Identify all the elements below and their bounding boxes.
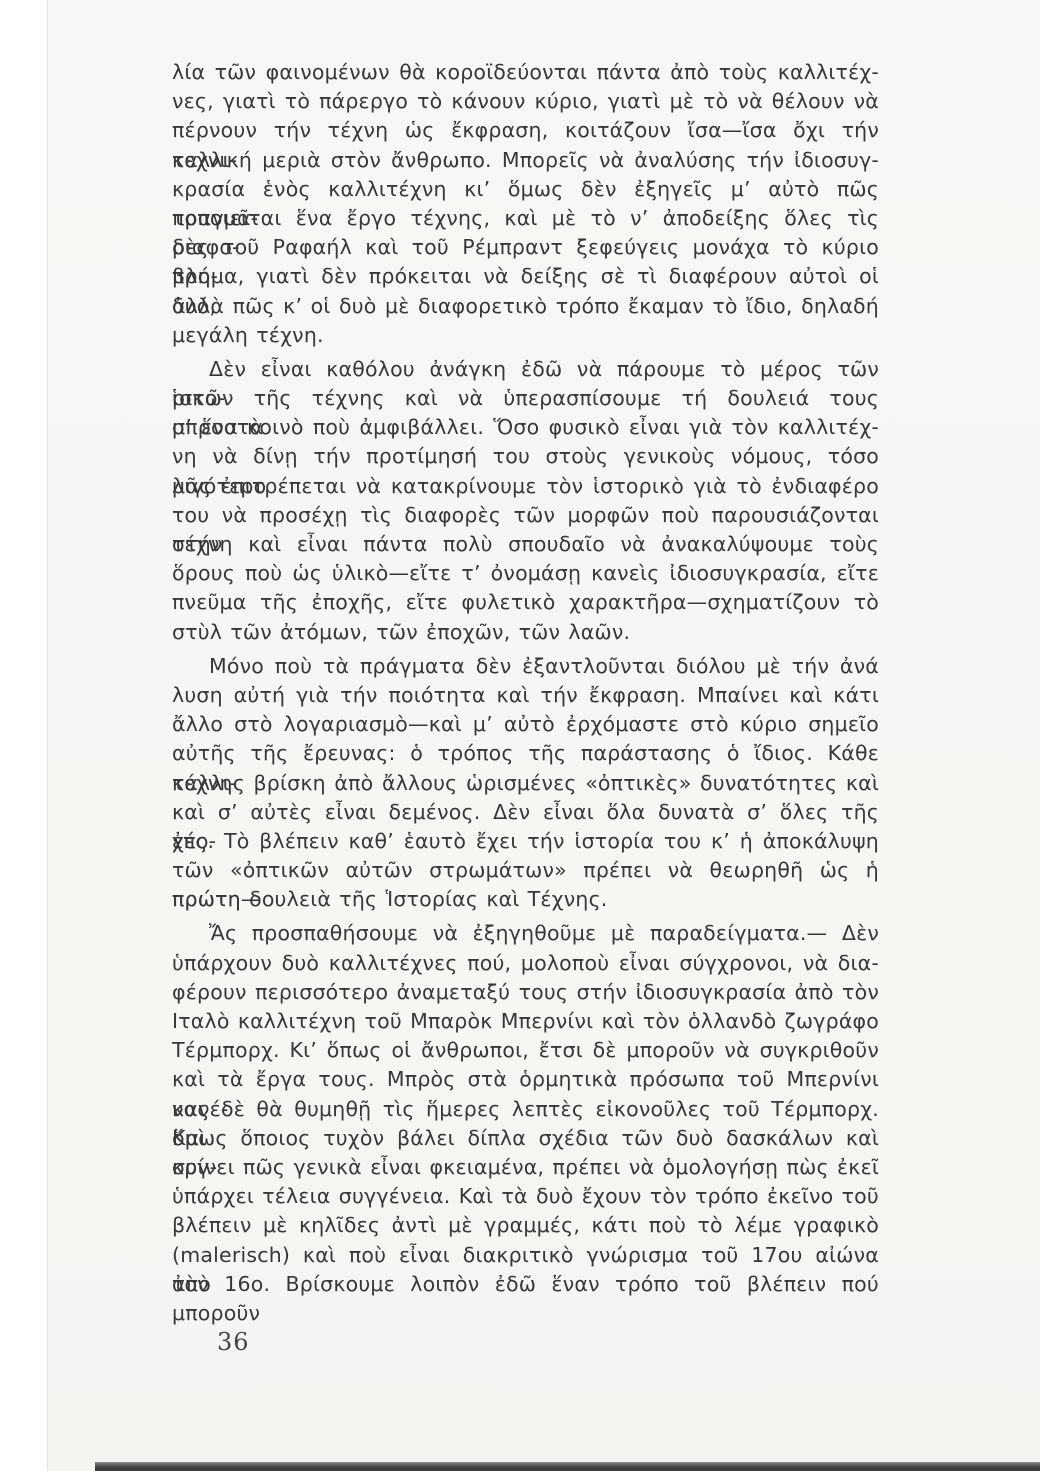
text-line: κρασία ἑνὸς καλλιτέχνη κι’ ὅμως δὲν ἐξηγ…: [172, 175, 879, 204]
body-text-column: λία τῶν φαινομένων θὰ κοροϊδεύονται πάντ…: [172, 58, 879, 1299]
text-line: βλημα, γιατὶ δὲν πρόκειται νὰ δείξης σὲ …: [172, 262, 879, 291]
text-line: αὐτῆς τῆς ἔρευνας: ὁ τρόπος τῆς παράστασ…: [172, 739, 879, 768]
text-line: χές. Τὸ βλέπειν καθ’ ἑαυτὸ ἔχει τήν ἱστο…: [172, 827, 879, 856]
text-line: μεγάλη τέχνη.: [172, 321, 879, 350]
text-line: ἄλλο στὸ λογαριασμὸ—καὶ μ’ αὐτὸ ἐρχόμαστ…: [172, 710, 879, 739]
text-line: καὶ τὰ ἔργα τους. Μπρὸς στὰ ὁρμητικὰ πρό…: [172, 1065, 879, 1094]
text-line: κρίνει πῶς γενικὰ εἶναι φκειαμένα, πρέπε…: [172, 1153, 879, 1182]
text-line: Ἄς προσπαθήσουμε νὰ ἐξηγηθοῦμε μὲ παραδε…: [172, 919, 879, 948]
text-line: βλέπειν μὲ κηλῖδες ἀντὶ μὲ γραμμές, κάτι…: [172, 1211, 879, 1240]
text-line: Ιταλὸ καλλιτέχνη τοῦ Μπαρὸκ Μπερνίνι καὶ…: [172, 1007, 879, 1036]
text-line: φέρουν περισσότερο ἀναμεταξύ τους στήν ἰ…: [172, 978, 879, 1007]
text-line: ὅμως ὅποιος τυχὸν βάλει δίπλα σχέδια τῶν…: [172, 1124, 879, 1153]
text-line: σ’ ἕνα κοινὸ ποὺ ἀμφιβάλλει. Ὅσο φυσικὸ …: [172, 413, 879, 442]
paragraph: Δὲν εἶναι καθόλου ἀνάγκη ἐδῶ νὰ πάρουμε …: [172, 355, 879, 647]
text-line: νες, γιατὶ τὸ πάρεργο τὸ κάνουν κύριο, γ…: [172, 87, 879, 116]
text-line: λία τῶν φαινομένων θὰ κοροϊδεύονται πάντ…: [172, 58, 879, 87]
paragraph: λία τῶν φαινομένων θὰ κοροϊδεύονται πάντ…: [172, 58, 879, 350]
text-line: πέρνουν τήν τέχνη ὡς ἔκφραση, κοιτάζουν …: [172, 116, 879, 145]
text-line: ὑπάρχουν δυὸ καλλιτέχνες πού, μολοποὺ εἶ…: [172, 949, 879, 978]
text-line: τὸν 16ο. Βρίσκουμε λοιπὸν ἐδῶ ἕναν τρόπο…: [172, 1270, 879, 1299]
text-line: τεχνική μεριὰ στὸν ἄνθρωπο. Μπορεῖς νὰ ἀ…: [172, 146, 879, 175]
text-line: Δὲν εἶναι καθόλου ἀνάγκη ἐδῶ νὰ πάρουμε …: [172, 355, 879, 384]
scan-bottom-edge: [95, 1462, 1040, 1471]
text-line: στὺλ τῶν ἀτόμων, τῶν ἐποχῶν, τῶν λαῶν.: [172, 618, 879, 647]
text-line: μᾶς ἐπιτρέπεται νὰ κατακρίνουμε τὸν ἱστο…: [172, 472, 879, 501]
paragraph: Ἄς προσπαθήσουμε νὰ ἐξηγηθοῦμε μὲ παραδε…: [172, 919, 879, 1298]
text-line: ἀλλὰ πῶς κ’ οἱ δυὸ μὲ διαφορετικὸ τρόπο …: [172, 292, 879, 321]
text-line: (malerisch) καὶ ποὺ εἶναι διακριτικὸ γνώ…: [172, 1241, 879, 1270]
text-line: του νὰ προσέχῃ τὶς διαφορὲς τῶν μορφῶν π…: [172, 501, 879, 530]
text-line: Μόνο ποὺ τὰ πράγματα δὲν ἐξαντλοῦνται δι…: [172, 652, 879, 681]
text-line: τέχνη καὶ εἶναι πάντα πολὺ σπουδαῖο νὰ ἀ…: [172, 530, 879, 559]
text-line: ρικῶν τῆς τέχνης καὶ νὰ ὑπερασπίσουμε τή…: [172, 384, 879, 413]
text-line: ρὲς τοῦ Ραφαήλ καὶ τοῦ Ρέμπραντ ξεφεύγει…: [172, 233, 879, 262]
text-line: νη νὰ δίνῃ τήν προτίμησή του στοὺς γενικ…: [172, 442, 879, 471]
text-line: λυση αὐτή γιὰ τήν ποιότητα καὶ τήν ἔκφρα…: [172, 681, 879, 710]
paragraph: Μόνο ποὺ τὰ πράγματα δὲν ἐξαντλοῦνται δι…: [172, 652, 879, 915]
text-line: ὑπάρχει τέλεια συγγένεια. Καὶ τὰ δυὸ ἔχο…: [172, 1182, 879, 1211]
page-number: 36: [217, 1328, 250, 1356]
text-line: νας δὲ θὰ θυμηθῇ τὶς ἥμερες λεπτὲς εἰκον…: [172, 1095, 879, 1124]
text-line: καὶ σ’ αὐτὲς εἶναι δεμένος. Δὲν εἶναι ὅλ…: [172, 798, 879, 827]
text-line: τέχνης βρίσκη ἀπὸ ἄλλους ὡρισμένες «ὀπτι…: [172, 769, 879, 798]
text-line: Τέρμπορχ. Κι’ ὅπως οἱ ἄνθρωποι, ἔτσι δὲ …: [172, 1036, 879, 1065]
text-line: τῶν «ὀπτικῶν αὐτῶν στρωμάτων» πρέπει νὰ …: [172, 856, 879, 885]
text-line: τοποιεῖται ἕνα ἔργο τέχνης, καὶ μὲ τὸ ν’…: [172, 204, 879, 233]
text-line: πνεῦμα τῆς ἐποχῆς, εἴτε φυλετικὸ χαρακτῆ…: [172, 588, 879, 617]
text-line: ὅρους ποὺ ὡς ὑλικὸ—εἴτε τ’ ὀνομάσῃ κανεὶ…: [172, 559, 879, 588]
text-line: πρώτη δουλειὰ τῆς Ἱστορίας καὶ Τέχνης.: [172, 885, 879, 914]
